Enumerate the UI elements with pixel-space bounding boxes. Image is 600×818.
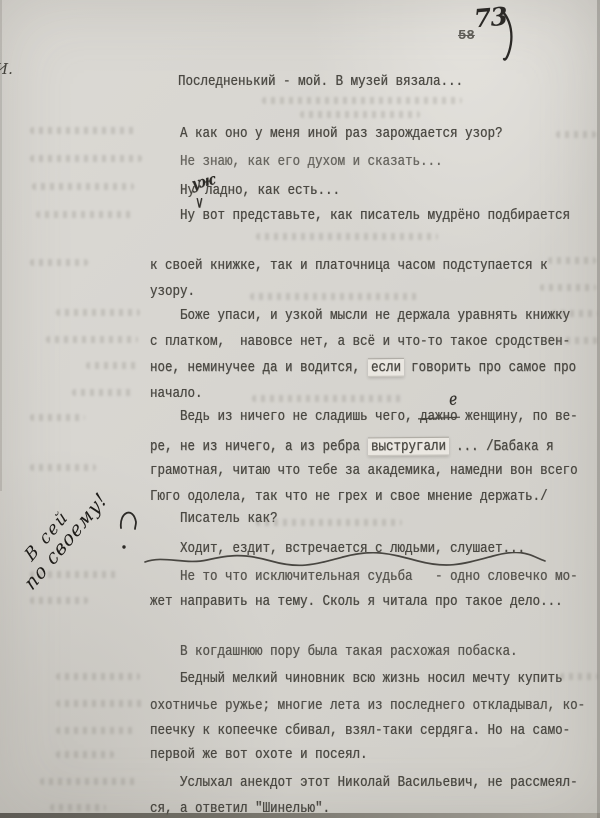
scan-left-edge [0,0,2,491]
bleed-through-smudge [262,97,462,104]
typed-line: Не знаю, как его духом и сказать... [180,153,443,170]
bleed-through-smudge [30,414,85,421]
typed-line: Боже упаси, и узкой мысли не держала ура… [180,307,570,324]
bleed-through-smudge [56,751,114,758]
typed-line: жет направить на тему. Сколь я читала пр… [150,593,563,610]
bleed-through-smudge [256,519,402,526]
typed-line: Гюго одолела, так что не грех и свое мне… [150,488,548,505]
bleed-through-smudge [72,389,134,396]
bleed-through-smudge [36,211,132,218]
typed-line: Ведь из ничего не сладишь чего, дажное ж… [180,408,578,425]
bleed-through-smudge [30,464,96,471]
typed-line: В когдашнюю пору была такая расхожая поб… [180,643,518,660]
typed-line: к своей книжке, так и платочница часом п… [150,257,548,274]
bleed-through-smudge [548,337,598,344]
bleed-through-smudge [540,284,596,291]
typed-line: пеечку к копеечке сбивал, взял-таки серд… [150,722,570,739]
typed-line: с платком, навовсе нет, а всё и что-то т… [150,333,570,350]
insertion-mark [118,502,142,554]
pasted-correction: выстругали [367,437,448,457]
typed-line: начало. [150,385,203,402]
typed-line: ное, неминучее да и водится, если говори… [150,358,576,377]
bleed-through-smudge [256,233,438,240]
typed-line: Нуужладно, как есть... [180,182,340,199]
bleed-through-smudge [30,597,88,604]
bleed-through-smudge [548,257,596,264]
bleed-through-smudge [50,804,106,811]
handwritten-correction: е [448,391,458,409]
bleed-through-smudge [30,259,88,266]
bleed-through-smudge [30,571,118,578]
typed-line: ре, не из ничего, а из ребра выстругали … [150,437,554,456]
pen-stroke [495,8,519,62]
typed-line: Ну вот представьте, как писатель мудрёно… [180,207,570,224]
bleed-through-smudge [86,362,140,369]
bleed-through-smudge [56,700,144,707]
bleed-through-smudge [30,155,142,162]
typed-page-number-struck: 58 [458,28,475,44]
scan-bottom-edge [0,813,600,818]
manuscript-page: 73 58 И. Последненький - мой. В музей вя… [0,0,600,818]
typed-line: А как оно у меня иной раз зарождается уз… [180,125,503,142]
typed-line: Не то что исключительная судьба - одно с… [180,568,578,585]
wavy-underline [143,552,549,568]
bleed-through-smudge [30,127,138,134]
page-title: Последненький - мой. В музей вязала... [178,73,463,90]
bleed-through-smudge [300,111,420,118]
typed-line: Услыхал анекдот этот Николай Васильевич,… [180,774,578,791]
bleed-through-smudge [556,131,596,138]
bleed-through-smudge [56,673,140,680]
bleed-through-smudge [40,778,138,785]
bleed-through-smudge [252,395,402,402]
bleed-through-smudge [46,336,138,343]
typed-line: грамотная, читаю что тебе за академика, … [150,462,578,479]
bleed-through-smudge [552,310,598,317]
typed-line: охотничье ружье; многие лета из последне… [150,697,585,714]
typed-line: узору. [150,283,195,300]
struck-word: дажное [420,408,458,425]
bleed-through-smudge [56,309,140,316]
bleed-through-smudge [32,183,134,190]
typed-line: первой же вот охоте и посеял. [150,746,368,763]
bleed-through-smudge [560,673,598,680]
typed-line: Бедный мелкий чиновник всю жизнь носил м… [180,670,563,687]
handwritten-insertion: уж [191,172,216,194]
pasted-correction: если [367,358,403,377]
bleed-through-smudge [250,293,418,300]
bleed-through-smudge [56,727,134,734]
